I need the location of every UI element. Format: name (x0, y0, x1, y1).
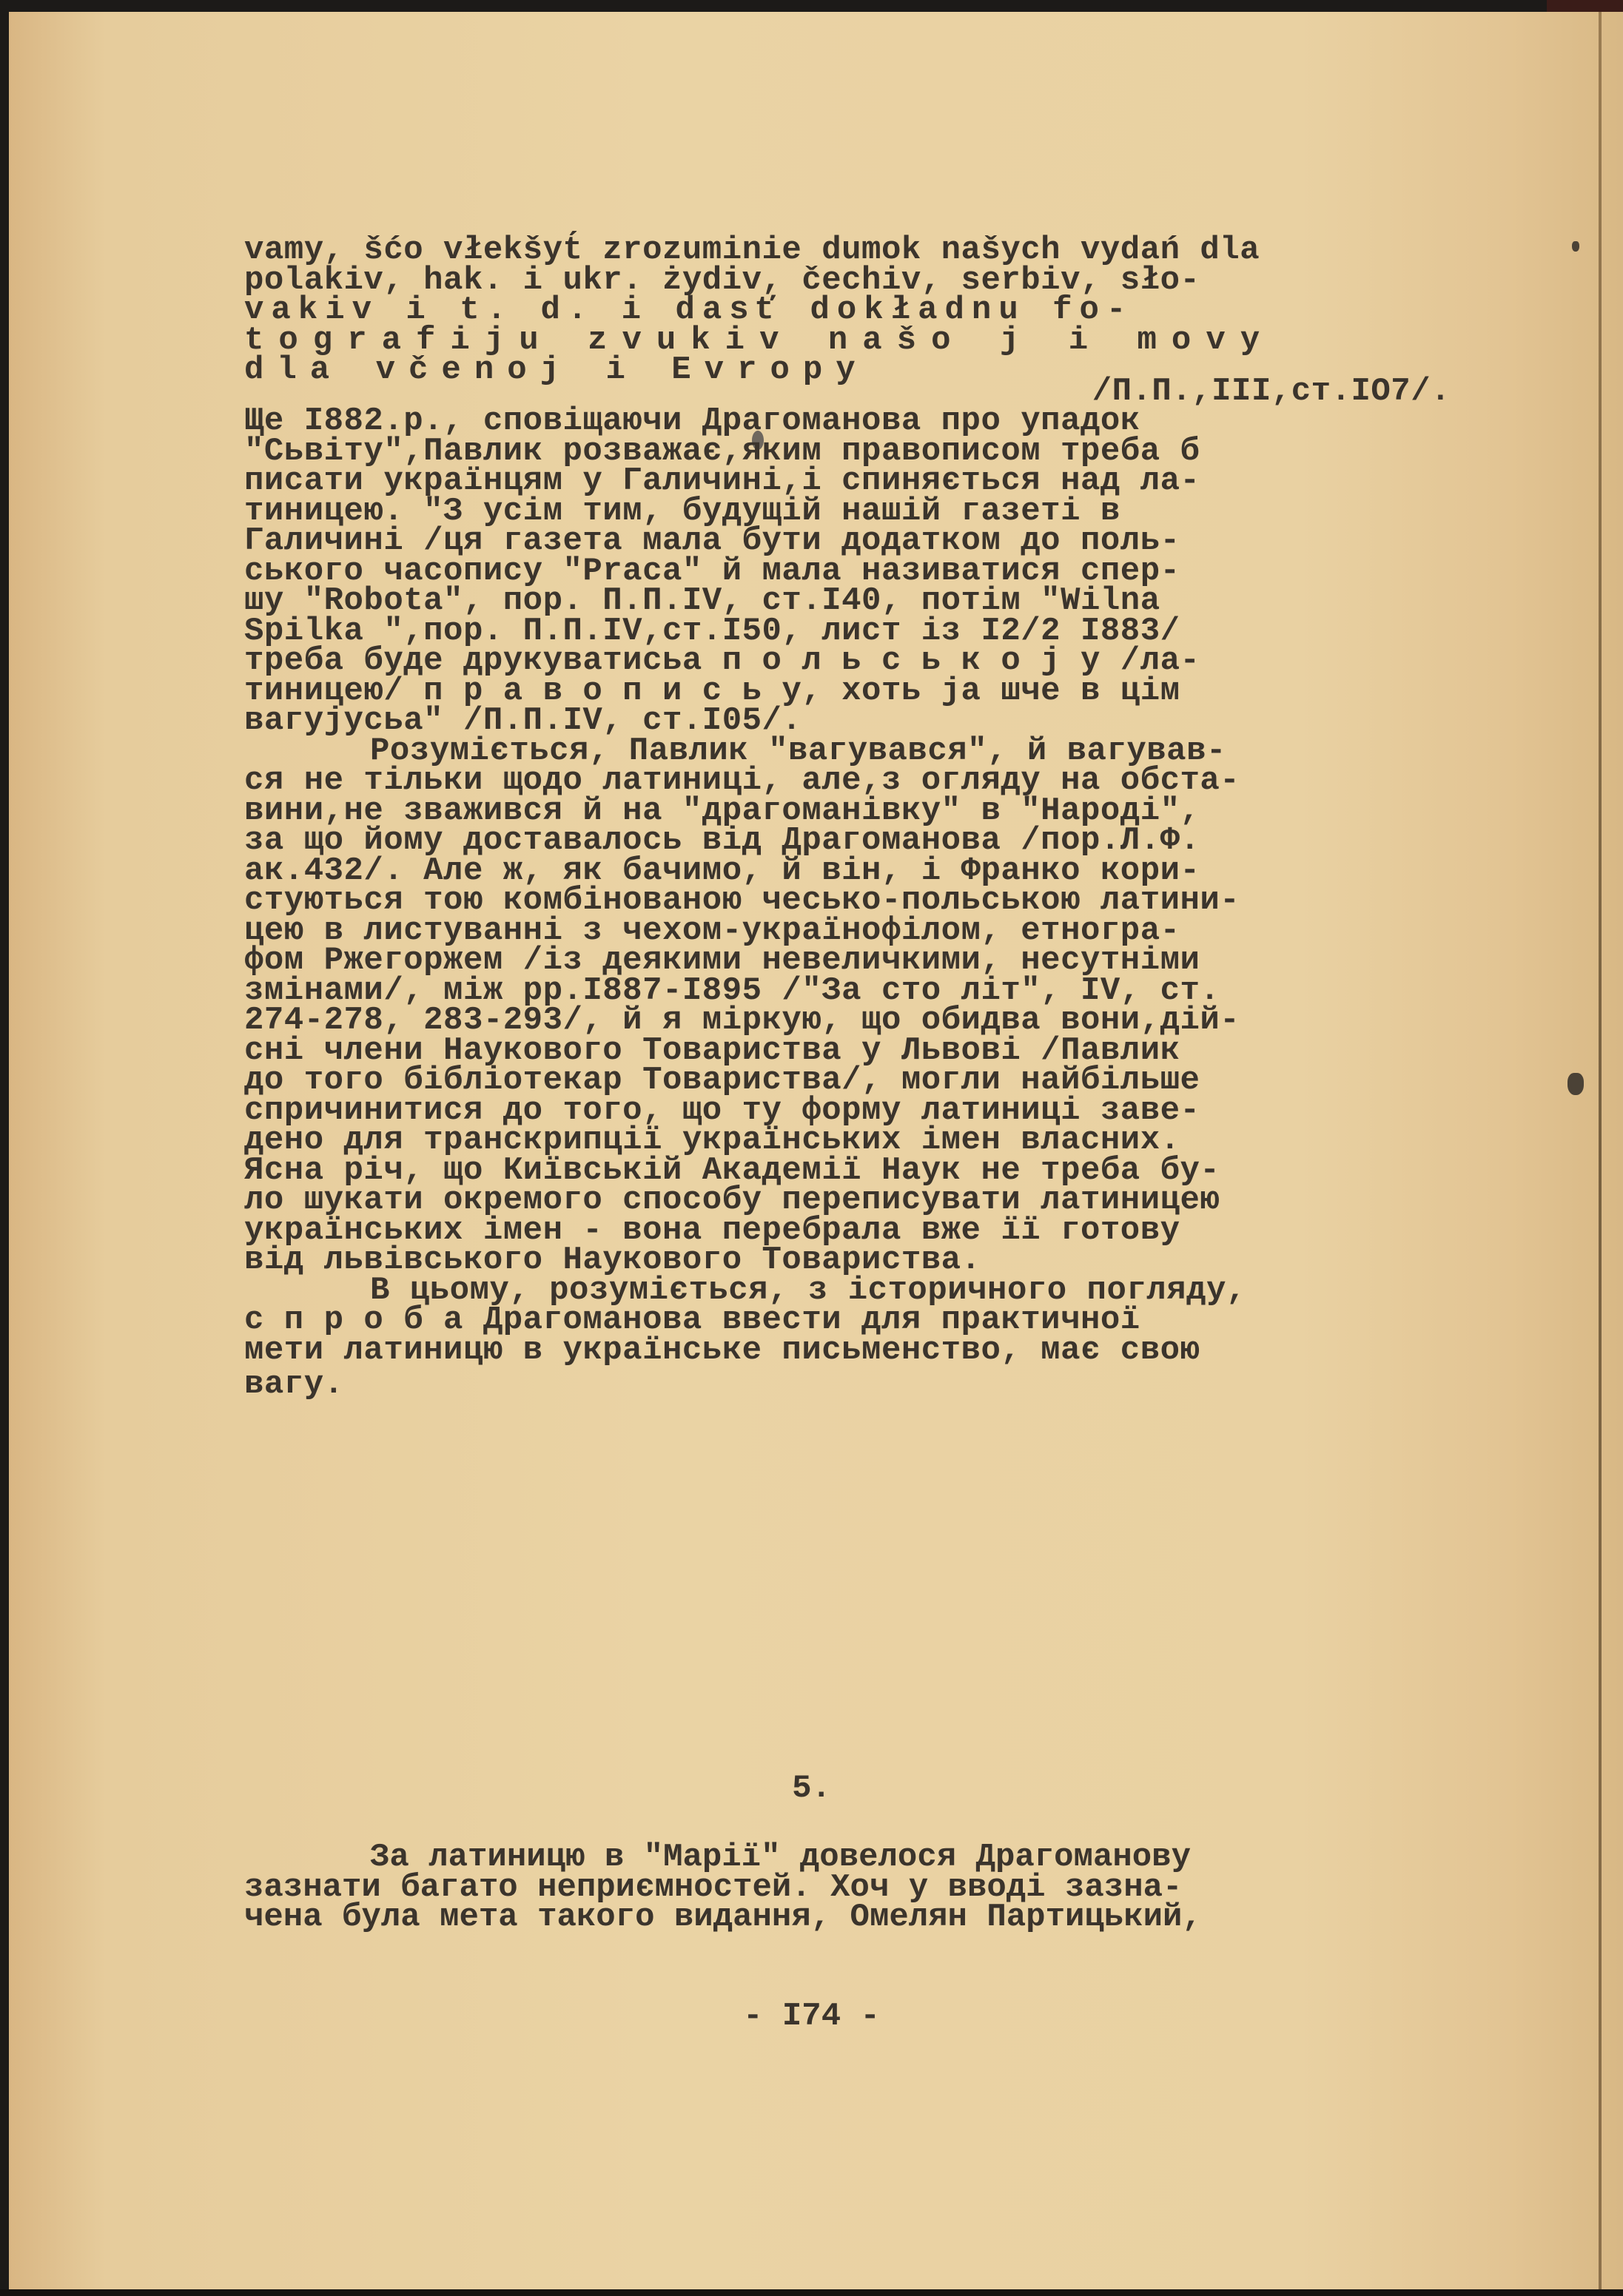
text-line: шу "Robota", пор. П.П.IV, ст.I40, потім … (244, 586, 1458, 616)
text-line: фом Ржегоржем /із деякими невеличкими, н… (244, 946, 1458, 976)
text-line: тиницею. "З усім тим, будущій нашій газе… (244, 496, 1458, 527)
text-line: до того бібліотекар Товариства/, могли н… (244, 1065, 1458, 1096)
text-line: зазнати багато неприємностей. Хоч у ввод… (244, 1873, 1458, 1903)
section-5-text: За латиницю в "Марії" довелося Драгомано… (244, 1842, 1458, 1933)
text-line: змінами/, між рр.I887-I895 /"За сто літ"… (244, 976, 1458, 1006)
text-line: vamy, šćo vłekšyt́ zrozuminie dumok našy… (244, 235, 1458, 266)
scan-edge-top (1547, 0, 1623, 12)
text-line: стуються тою комбінованою чесько-польськ… (244, 886, 1458, 916)
text-line: чена була мета такого видання, Омелян Па… (244, 1902, 1458, 1933)
text-line: vakiv i t. d. i dasť dokładnu fo- (244, 295, 1458, 326)
text-line: За латиницю в "Марії" довелося Драгомано… (244, 1842, 1458, 1873)
text-line: вини,не зважився й на "драгоманівку" в "… (244, 796, 1458, 827)
text-line: тиницею/ п р а в о п и с ь у, хоть ја шч… (244, 676, 1458, 707)
text-line: ак.432/. Але ж, як бачимо, й він, і Фран… (244, 856, 1458, 886)
text-line: ського часопису "Praca" й мала називатис… (244, 556, 1458, 587)
text-line: від львівського Наукового Товариства. (244, 1245, 1458, 1276)
text-line: polakiv, hak. i ukr. żydiv, čechiv, serb… (244, 266, 1458, 296)
text-line: Spilka ",пор. П.П.IV,ст.I50, лист із I2/… (244, 616, 1458, 647)
margin-ink-mark (1567, 1073, 1584, 1095)
text-line: "Сьвіту",Павлик розважає,яким правописом… (244, 437, 1458, 467)
section-number: 5. (0, 1770, 1623, 1807)
text-line: В цьому, розуміється, з історичного погл… (244, 1276, 1458, 1306)
text-line: ся не тільки щодо латиниці, але,з огляду… (244, 766, 1458, 796)
text-line: ло шукати окремого способу переписувати … (244, 1185, 1458, 1216)
text-line: 274-278, 283-293/, й я міркую, що обидва… (244, 1006, 1458, 1036)
text-line: сні члени Наукового Товариства у Львові … (244, 1036, 1458, 1066)
text-line: вагујусьа" /П.П.IV, ст.I05/. (244, 706, 1458, 736)
text-line: с п р о б а Драгоманова ввести для практ… (244, 1305, 1458, 1336)
scan-edge-bottom (0, 2289, 1623, 2296)
text-line: Ще I882.р., сповіщаючи Драгоманова про у… (244, 406, 1458, 437)
text-line: українських імен - вона перебрала вже її… (244, 1216, 1458, 1246)
text-line: вагу. (244, 1370, 1458, 1400)
text-line: треба буде друкуватисьа п о л ь с ь к о … (244, 646, 1458, 676)
margin-ink-mark (1572, 241, 1579, 252)
text-line: мети латиницю в українське письменство, … (244, 1336, 1458, 1366)
text-line: писати українцям у Галичині,і спиняється… (244, 466, 1458, 496)
text-line: дено для транскрипції українських імен в… (244, 1125, 1458, 1156)
text-line: tografiju zvukiv našo j i movy (244, 326, 1458, 356)
text-line: Розуміється, Павлик "вагувався", й вагув… (244, 736, 1458, 767)
text-line: Ясна річ, що Київській Академії Наук не … (244, 1156, 1458, 1186)
main-text: vamy, šćo vłekšyt́ zrozuminie dumok našy… (244, 235, 1458, 1400)
page-number: - I74 - (0, 1998, 1623, 2035)
text-line: за що йому доставалось від Драгоманова /… (244, 826, 1458, 856)
text-line: спричинитися до того, що ту форму латини… (244, 1096, 1458, 1126)
text-line: цею в листуванні з чехом-українофілом, е… (244, 916, 1458, 946)
text-line: Галичині /ця газета мала бути додатком д… (244, 526, 1458, 556)
